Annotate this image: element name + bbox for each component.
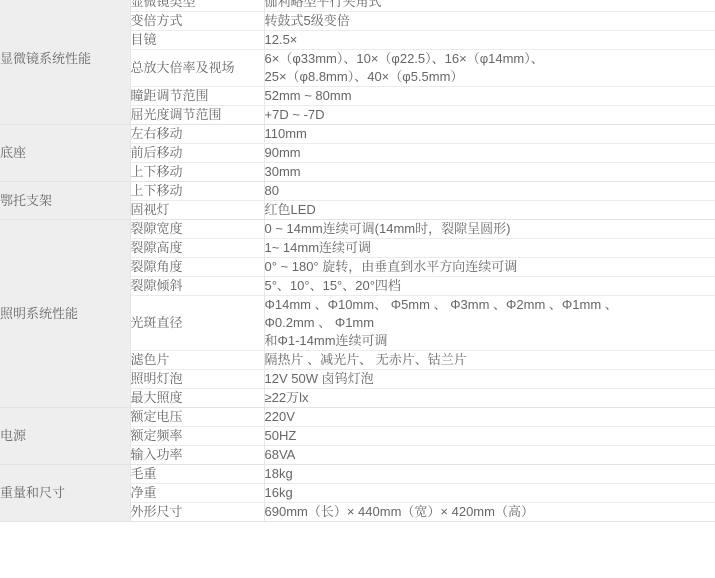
value-cell: 0° ~ 180° 旋转，由垂直到水平方向连续可调 — [264, 258, 715, 277]
param-cell: 裂隙角度 — [130, 258, 264, 277]
param-cell: 光斑直径 — [130, 296, 264, 351]
value-cell: 52mm ~ 80mm — [264, 87, 715, 106]
category-label: 电源 — [0, 428, 26, 443]
value-cell: 1~ 14mm连续可调 — [264, 239, 715, 258]
value-cell: Φ14mm 、Φ10mm、 Φ5mm 、 Φ3mm 、Φ2mm 、Φ1mm 、 … — [264, 296, 715, 351]
param-cell: 前后移动 — [130, 144, 264, 163]
value-cell: 16kg — [264, 484, 715, 503]
category-cell: 底座 — [0, 125, 130, 182]
spec-row: 底座左右移动110mm — [0, 125, 715, 144]
value-cell: 6×（φ33mm）、10×（φ22.5）、16×（φ14mm）、 25×（φ8.… — [264, 50, 715, 87]
value-cell: 伽利略型平行夹角式 — [264, 0, 715, 12]
param-cell: 裂隙高度 — [130, 239, 264, 258]
param-cell: 上下移动 — [130, 182, 264, 201]
param-cell: 滤色片 — [130, 351, 264, 370]
param-cell: 额定频率 — [130, 427, 264, 446]
value-cell: 220V — [264, 408, 715, 427]
param-cell: 裂隙宽度 — [130, 220, 264, 239]
value-cell: 68VA — [264, 446, 715, 465]
param-cell: 净重 — [130, 484, 264, 503]
value-cell: 隔热片 、减光片、 无赤片、钴兰片 — [264, 351, 715, 370]
param-cell: 照明灯泡 — [130, 370, 264, 389]
category-cell: 电源 — [0, 408, 130, 465]
param-cell: 毛重 — [130, 465, 264, 484]
category-label: 鄂托支架 — [0, 193, 52, 208]
spec-row: 照明系统性能裂隙宽度0 ~ 14mm连续可调(14mm时，裂隙呈圆形) — [0, 220, 715, 239]
value-cell: 110mm — [264, 125, 715, 144]
category-cell: 鄂托支架 — [0, 182, 130, 220]
param-cell: 目镜 — [130, 31, 264, 50]
value-cell: 690mm（长）× 440mm（宽）× 420mm（高） — [264, 503, 715, 522]
value-cell: 12V 50W 卤钨灯泡 — [264, 370, 715, 389]
value-cell: 12.5× — [264, 31, 715, 50]
param-cell: 变倍方式 — [130, 12, 264, 31]
param-cell: 屈光度调节范围 — [130, 106, 264, 125]
value-cell: ≥22万lx — [264, 389, 715, 408]
param-cell: 固视灯 — [130, 201, 264, 220]
value-cell: 50HZ — [264, 427, 715, 446]
param-cell: 总放大倍率及视场 — [130, 50, 264, 87]
spec-table: 显微镜系统性能显微镜类型伽利略型平行夹角式变倍方式转鼓式5级变倍目镜12.5×总… — [0, 0, 715, 522]
value-cell: 红色LED — [264, 201, 715, 220]
value-cell: 5°、10°、15°、20°四档 — [264, 277, 715, 296]
spec-row: 鄂托支架上下移动80 — [0, 182, 715, 201]
category-label: 重量和尺寸 — [0, 485, 65, 500]
value-cell: 80 — [264, 182, 715, 201]
param-cell: 瞳距调节范围 — [130, 87, 264, 106]
spec-row: 电源额定电压220V — [0, 408, 715, 427]
value-cell: 90mm — [264, 144, 715, 163]
param-cell: 上下移动 — [130, 163, 264, 182]
spec-row: 重量和尺寸毛重18kg — [0, 465, 715, 484]
param-cell: 显微镜类型 — [130, 0, 264, 12]
category-cell: 重量和尺寸 — [0, 465, 130, 522]
param-cell: 左右移动 — [130, 125, 264, 144]
param-cell: 外形尺寸 — [130, 503, 264, 522]
category-label: 底座 — [0, 145, 26, 160]
category-cell: 显微镜系统性能 — [0, 0, 130, 125]
category-label: 显微镜系统性能 — [0, 51, 91, 66]
param-cell: 最大照度 — [130, 389, 264, 408]
param-cell: 输入功率 — [130, 446, 264, 465]
spec-sheet-viewport: 显微镜系统性能显微镜类型伽利略型平行夹角式变倍方式转鼓式5级变倍目镜12.5×总… — [0, 0, 715, 578]
spec-row: 显微镜系统性能显微镜类型伽利略型平行夹角式 — [0, 0, 715, 12]
param-cell: 额定电压 — [130, 408, 264, 427]
value-cell: 30mm — [264, 163, 715, 182]
value-cell: 转鼓式5级变倍 — [264, 12, 715, 31]
value-cell: 0 ~ 14mm连续可调(14mm时，裂隙呈圆形) — [264, 220, 715, 239]
category-label: 照明系统性能 — [0, 306, 78, 321]
value-cell: +7D ~ -7D — [264, 106, 715, 125]
param-cell: 裂隙倾斜 — [130, 277, 264, 296]
value-cell: 18kg — [264, 465, 715, 484]
category-cell: 照明系统性能 — [0, 220, 130, 408]
